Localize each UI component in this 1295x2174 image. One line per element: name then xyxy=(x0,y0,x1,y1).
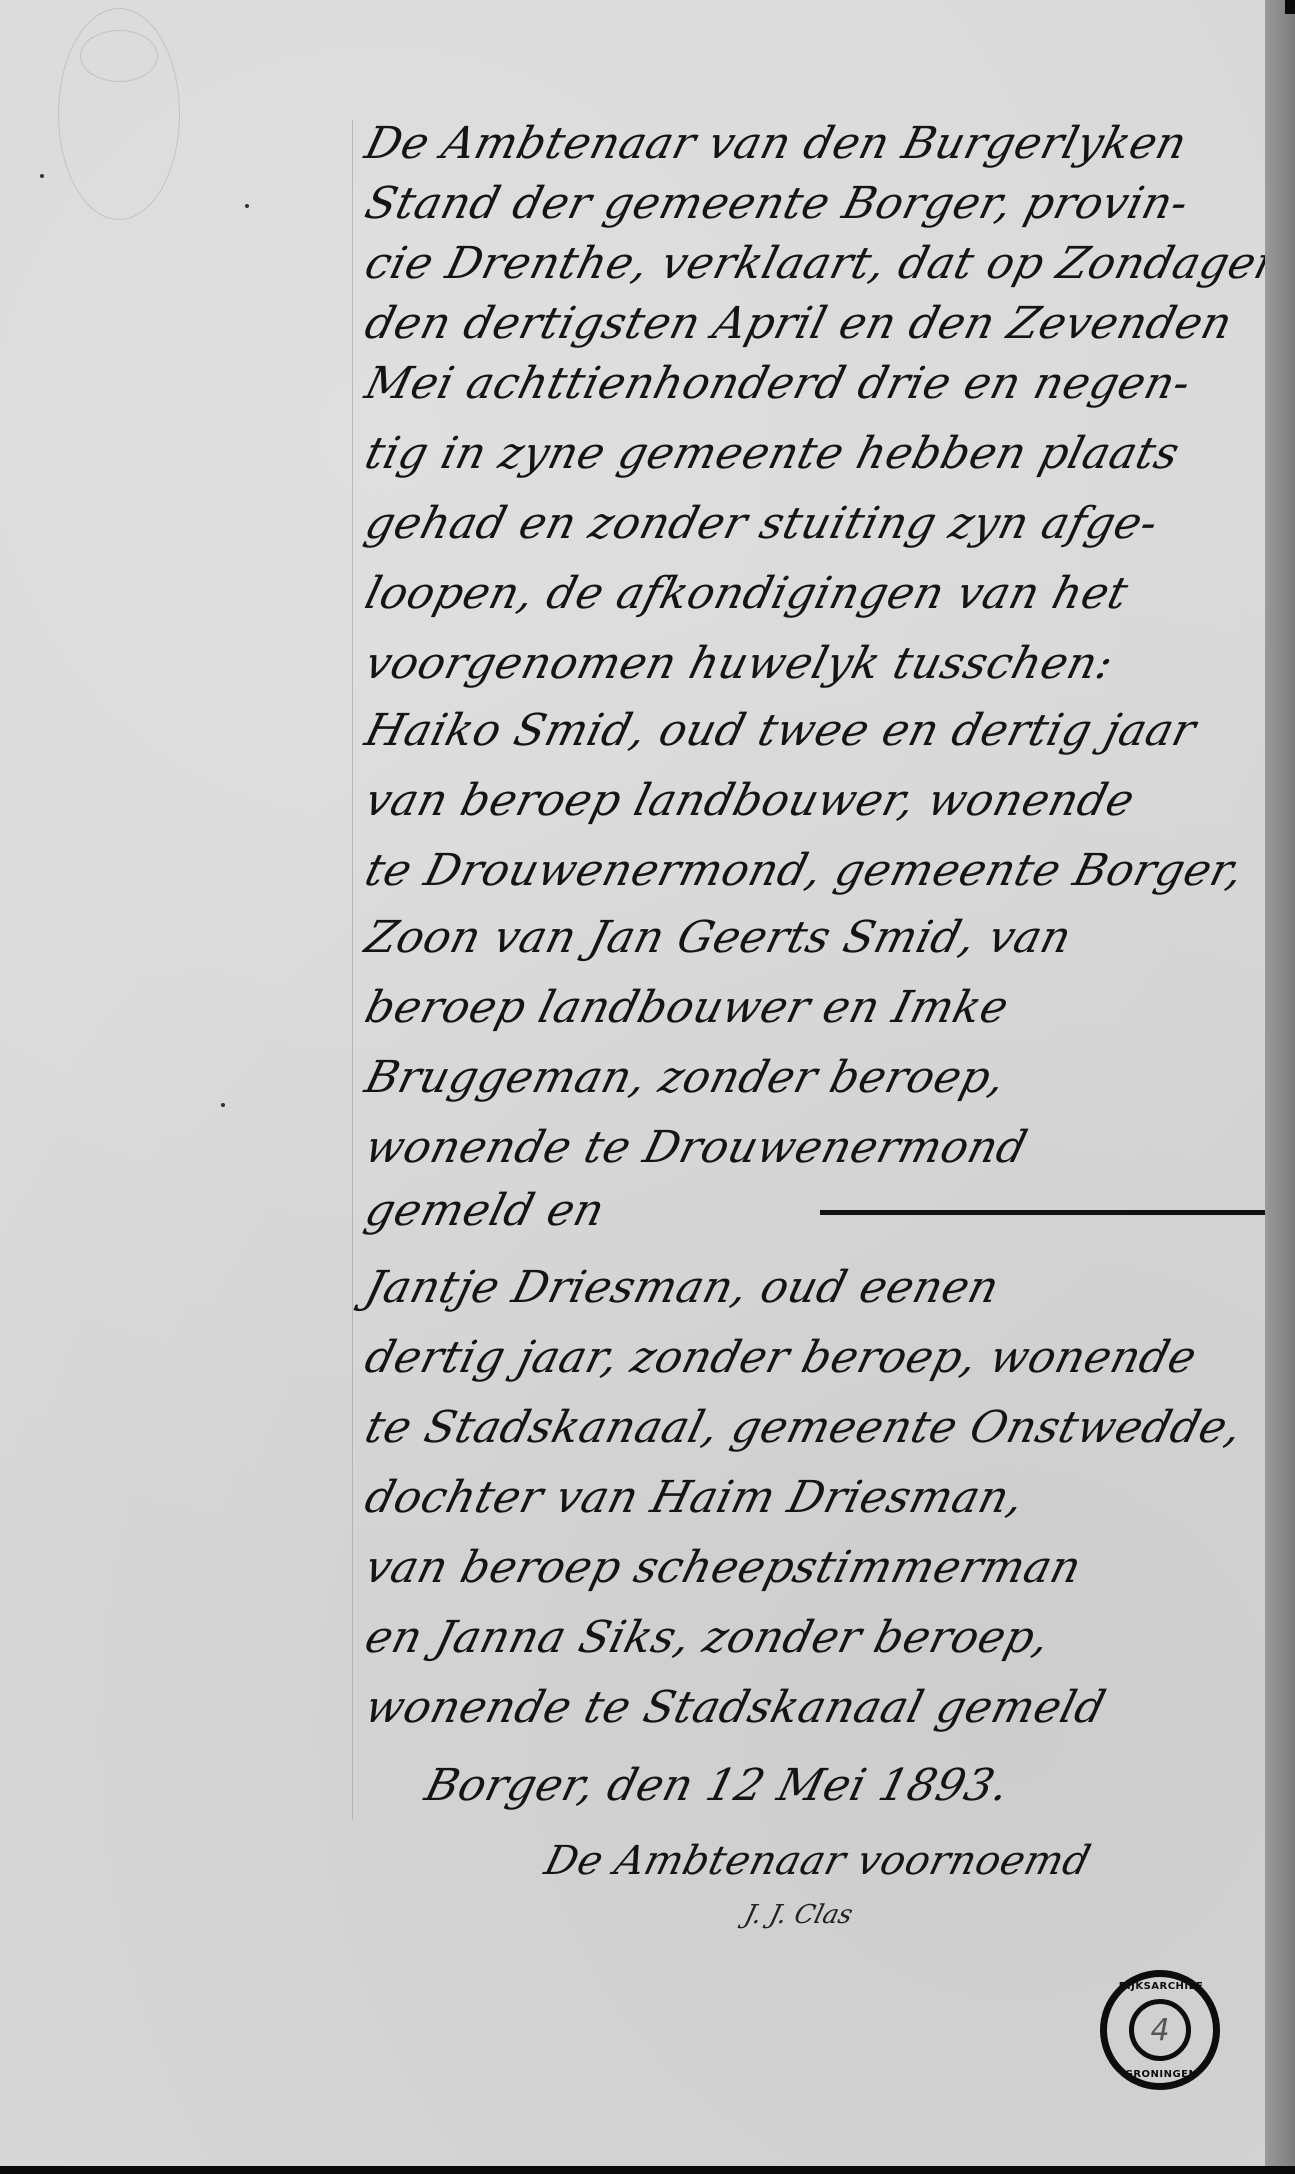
text-line-11: van beroep landbouwer, wonende xyxy=(360,775,1140,826)
archive-stamp: RIJKSARCHIEF 4 GRONINGEN xyxy=(1100,1970,1220,2090)
text-line-4: den dertigsten April en den Zevenden xyxy=(360,298,1237,349)
text-line-9: voorgenomen huwelyk tusschen: xyxy=(360,638,1119,689)
scan-corner-mark xyxy=(1285,0,1295,14)
text-line-22: van beroep scheepstimmerman xyxy=(360,1542,1087,1593)
fill-rule-line xyxy=(820,1210,1265,1215)
stamp-inner-ring: 4 xyxy=(1129,1999,1191,2061)
text-line-17: gemeld en xyxy=(360,1185,610,1236)
stamp-top-text: RIJKSARCHIEF xyxy=(1113,1981,1209,1992)
stamp-bottom-text: GRONINGEN xyxy=(1113,2069,1209,2080)
ink-speck xyxy=(40,174,44,178)
text-line-3: cie Drenthe, verklaart, dat op Zondagen xyxy=(360,238,1291,289)
text-line-6: tig in zyne gemeente hebben plaats xyxy=(360,428,1185,479)
signatory-title: De Ambtenaar voornoemd xyxy=(540,1838,1095,1884)
page-edge-shadow xyxy=(1265,0,1295,2166)
scan-bottom-border xyxy=(0,2166,1295,2174)
text-line-13: Zoon van Jan Geerts Smid, van xyxy=(360,912,1077,963)
text-line-2: Stand der gemeente Borger, provin- xyxy=(360,178,1194,229)
text-line-10: Haiko Smid, oud twee en dertig jaar xyxy=(360,705,1201,756)
text-line-19: dertig jaar, zonder beroep, wonende xyxy=(360,1332,1202,1383)
stamp-number: 4 xyxy=(1150,2013,1169,2048)
text-line-5: Mei achttienhonderd drie en negen- xyxy=(360,358,1196,409)
ink-speck xyxy=(221,1103,225,1107)
text-line-8: loopen, de afkondigingen van het xyxy=(360,568,1133,619)
text-line-7: gehad en zonder stuiting zyn afge- xyxy=(360,498,1163,549)
ink-speck xyxy=(245,204,249,208)
text-line-20: te Stadskanaal, gemeente Onstwedde, xyxy=(360,1402,1247,1453)
text-line-21: dochter van Haim Driesman, xyxy=(360,1472,1029,1523)
margin-line xyxy=(352,120,353,1820)
embossed-seal-crest xyxy=(80,30,158,82)
text-line-18: Jantje Driesman, oud eenen xyxy=(360,1262,1004,1313)
text-line-16: wonende te Drouwenermond xyxy=(360,1122,1032,1173)
text-line-1: De Ambtenaar van den Burgerlyken xyxy=(360,118,1192,169)
text-line-23: en Janna Siks, zonder beroep, xyxy=(360,1612,1055,1663)
text-line-24: wonende te Stadskanaal gemeld xyxy=(360,1682,1111,1733)
text-line-14: beroep landbouwer en Imke xyxy=(360,982,1014,1033)
text-line-15: Bruggeman, zonder beroep, xyxy=(360,1052,1011,1103)
document-page: De Ambtenaar van den Burgerlyken Stand d… xyxy=(0,0,1265,2166)
signature: J. J. Clas xyxy=(741,1900,855,1930)
place-date-line: Borger, den 12 Mei 1893. xyxy=(420,1760,1015,1811)
text-line-12: te Drouwenermond, gemeente Borger, xyxy=(360,845,1249,896)
